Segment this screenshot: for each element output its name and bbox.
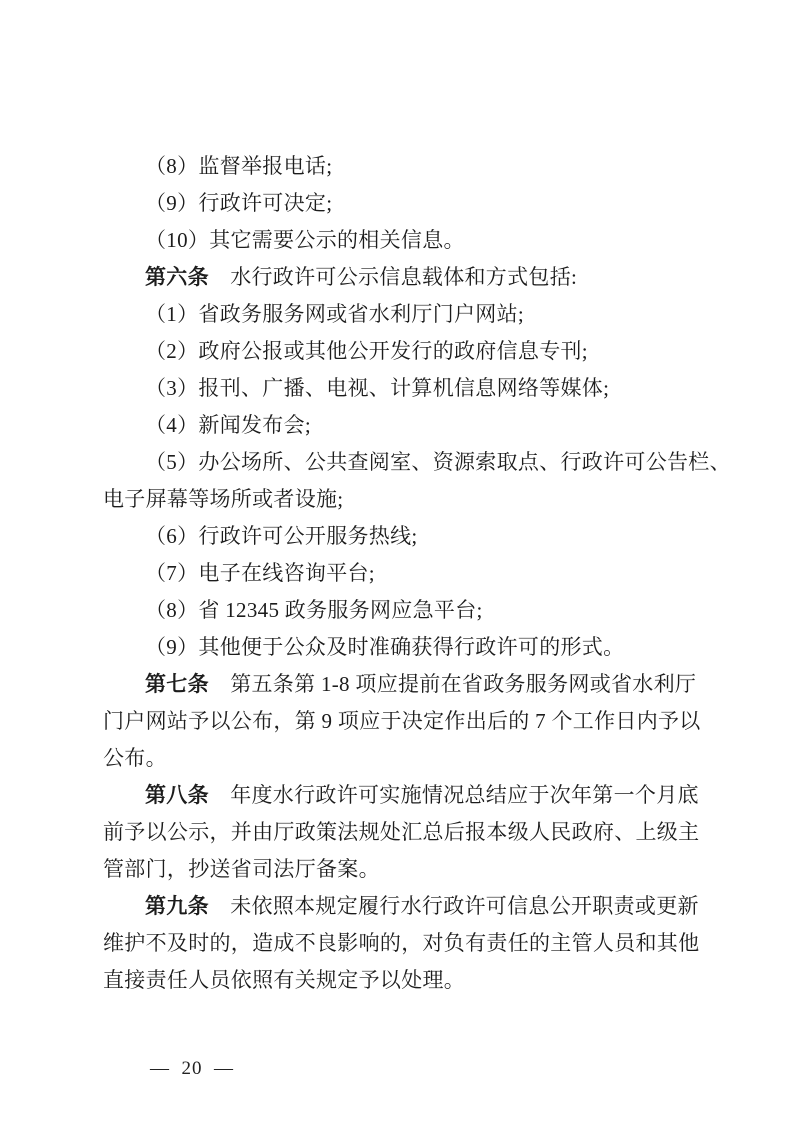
line-text: （10）其它需要公示的相关信息。 — [145, 228, 465, 252]
document-page: （8）监督举报电话;（9）行政许可决定;（10）其它需要公示的相关信息。第六条 … — [0, 0, 800, 1132]
line-text: （8）监督举报电话; — [145, 154, 332, 178]
line-text: （1）省政务服务网或省水利厅门户网站; — [145, 302, 524, 326]
line-text: 公布。 — [103, 746, 167, 770]
line-text: 直接责任人员依照有关规定予以处理。 — [103, 968, 465, 992]
line-text: （9）其他便于公众及时准确获得行政许可的形式。 — [145, 635, 624, 659]
line-text: （5）办公场所、公共查阅室、资源索取点、行政许可公告栏、 — [145, 450, 731, 474]
text-line: 维护不及时的，造成不良影响的，对负有责任的主管人员和其他 — [103, 925, 703, 962]
line-text: （7）电子在线咨询平台; — [145, 561, 375, 585]
document-body: （8）监督举报电话;（9）行政许可决定;（10）其它需要公示的相关信息。第六条 … — [103, 148, 703, 999]
text-line: 第六条 水行政许可公示信息载体和方式包括: — [103, 259, 703, 296]
text-line: （8）监督举报电话; — [103, 148, 703, 185]
line-text: （2）政府公报或其他公开发行的政府信息专刊; — [145, 339, 588, 363]
article-heading: 第七条 — [145, 672, 209, 696]
line-text: 电子屏幕等场所或者设施; — [103, 487, 343, 511]
text-line: 第八条 年度水行政许可实施情况总结应于次年第一个月底 — [103, 777, 703, 814]
line-text: （8）省 12345 政务服务网应急平台; — [145, 598, 483, 622]
line-text: （9）行政许可决定; — [145, 191, 332, 215]
article-heading: 第六条 — [145, 265, 209, 289]
text-line: （3）报刊、广播、电视、计算机信息网络等媒体; — [103, 370, 703, 407]
text-line: （9）行政许可决定; — [103, 185, 703, 222]
line-text: （3）报刊、广播、电视、计算机信息网络等媒体; — [145, 376, 609, 400]
text-line: （10）其它需要公示的相关信息。 — [103, 222, 703, 259]
line-text: 第五条第 1-8 项应提前在省政务服务网或省水利厅 — [209, 672, 696, 696]
text-line: 管部门，抄送省司法厅备案。 — [103, 851, 703, 888]
text-line: （4）新闻发布会; — [103, 407, 703, 444]
text-line: （9）其他便于公众及时准确获得行政许可的形式。 — [103, 629, 703, 666]
line-text: 维护不及时的，造成不良影响的，对负有责任的主管人员和其他 — [103, 931, 699, 955]
text-line: （2）政府公报或其他公开发行的政府信息专刊; — [103, 333, 703, 370]
line-text: （6）行政许可公开服务热线; — [145, 524, 418, 548]
page-footer: — 20 — — [127, 1036, 234, 1102]
article-heading: 第九条 — [145, 894, 209, 918]
line-text: 前予以公示，并由厅政策法规处汇总后报本级人民政府、上级主 — [103, 820, 699, 844]
line-text: 水行政许可公示信息载体和方式包括: — [209, 265, 577, 289]
text-line: 第九条 未依照本规定履行水行政许可信息公开职责或更新 — [103, 888, 703, 925]
text-line: 公布。 — [103, 740, 703, 777]
text-line: 门户网站予以公布，第 9 项应于决定作出后的 7 个工作日内予以 — [103, 703, 703, 740]
line-text: 未依照本规定履行水行政许可信息公开职责或更新 — [209, 894, 699, 918]
text-line: 电子屏幕等场所或者设施; — [103, 481, 703, 518]
line-text: 管部门，抄送省司法厅备案。 — [103, 857, 380, 881]
text-line: （7）电子在线咨询平台; — [103, 555, 703, 592]
text-line: （1）省政务服务网或省水利厅门户网站; — [103, 296, 703, 333]
text-line: （6）行政许可公开服务热线; — [103, 518, 703, 555]
page-number: — 20 — — [150, 1058, 234, 1079]
line-text: 年度水行政许可实施情况总结应于次年第一个月底 — [209, 783, 699, 807]
text-line: 前予以公示，并由厅政策法规处汇总后报本级人民政府、上级主 — [103, 814, 703, 851]
text-line: 直接责任人员依照有关规定予以处理。 — [103, 962, 703, 999]
line-text: 门户网站予以公布，第 9 项应于决定作出后的 7 个工作日内予以 — [103, 709, 701, 733]
text-line: 第七条 第五条第 1-8 项应提前在省政务服务网或省水利厅 — [103, 666, 703, 703]
text-line: （5）办公场所、公共查阅室、资源索取点、行政许可公告栏、 — [103, 444, 703, 481]
line-text: （4）新闻发布会; — [145, 413, 311, 437]
text-line: （8）省 12345 政务服务网应急平台; — [103, 592, 703, 629]
article-heading: 第八条 — [145, 783, 209, 807]
